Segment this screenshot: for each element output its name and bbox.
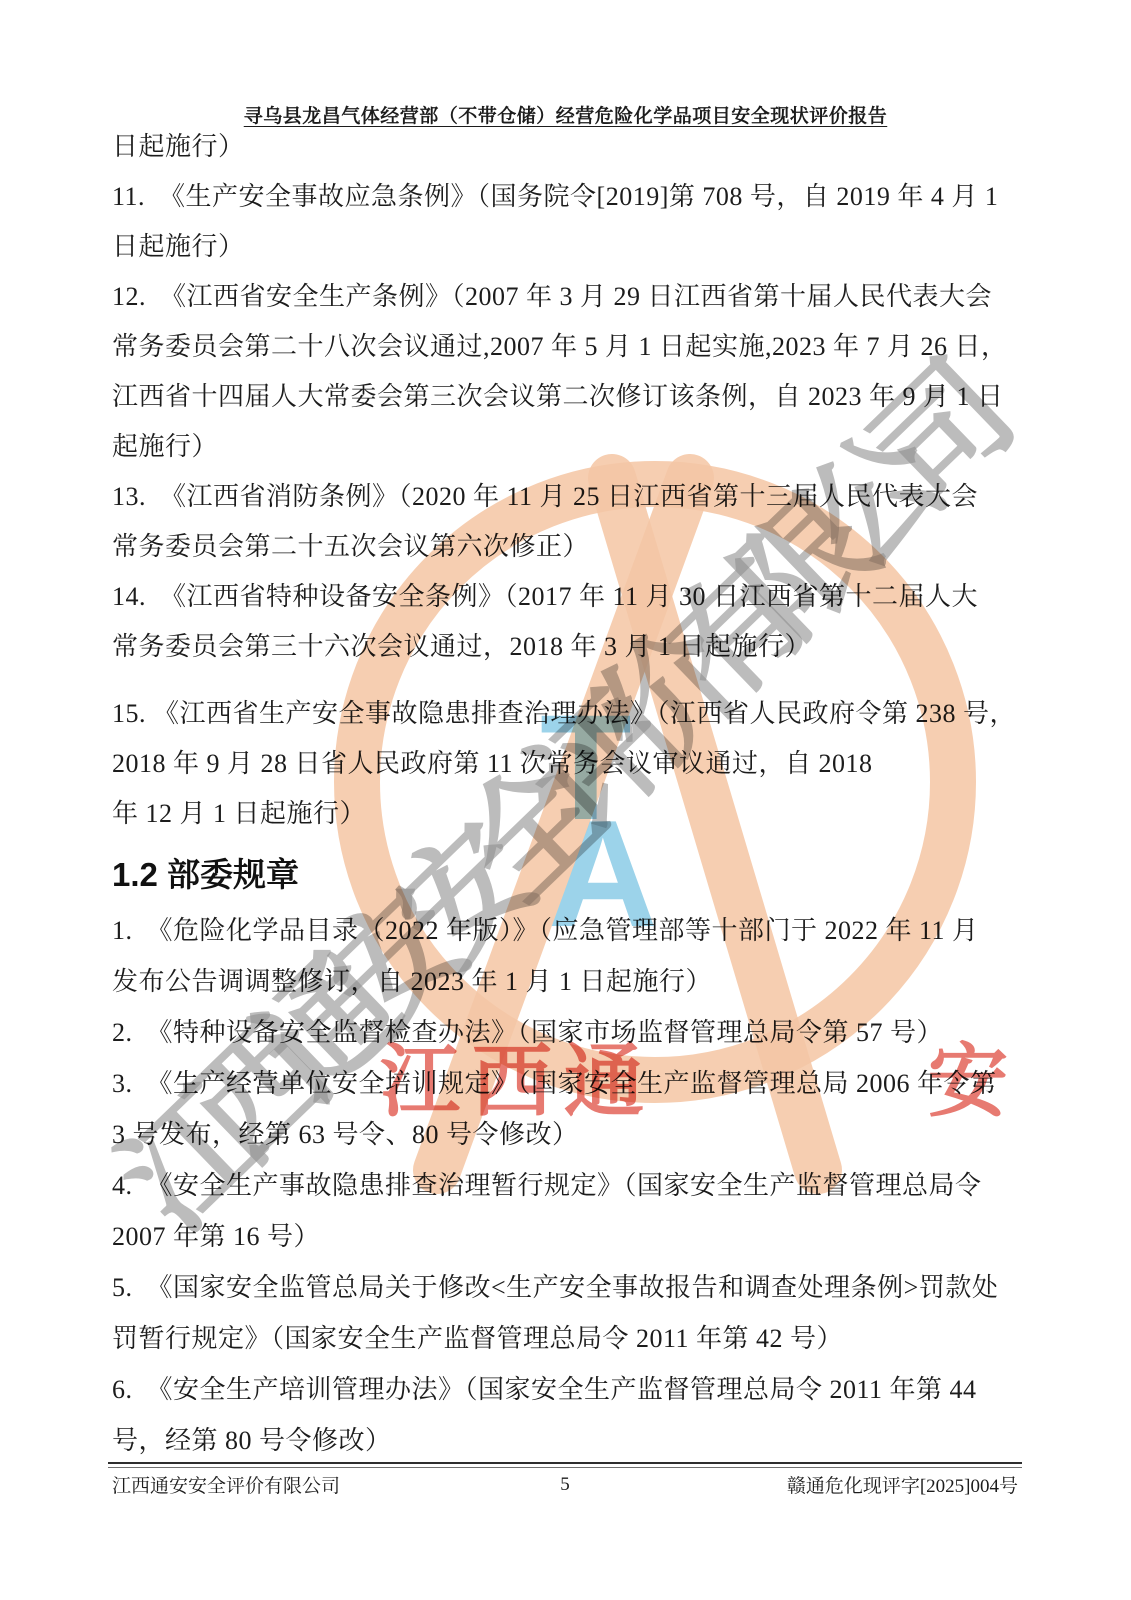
body-line: 3. 《生产经营单位安全培训规定》（国家安全生产监督管理总局 2006 年令第 [112, 1058, 1020, 1109]
body-line: 日起施行） [112, 222, 1020, 272]
body-line: 常务委员会第二十五次会议第六次修正） [112, 522, 1020, 572]
footer-document-number: 赣通危化现评字[2025]004号 [595, 1471, 1018, 1498]
regulations-part2: 1. 《危险化学品目录（2022 年版）》（应急管理部等十部门于 2022 年 … [112, 905, 1020, 1466]
body-line: 5. 《国家安全监管总局关于修改<生产安全事故报告和调查处理条例>罚款处 [112, 1262, 1020, 1313]
body-line: 2007 年第 16 号） [112, 1211, 1020, 1262]
body-line: 起施行） [112, 422, 1020, 472]
body-line: 年 12 月 1 日起施行） [112, 789, 1020, 839]
body-line: 常务委员会第二十八次会议通过,2007 年 5 月 1 日起实施,2023 年 … [112, 322, 1020, 372]
body-line: 常务委员会第三十六次会议通过，2018 年 3 月 1 日起施行） [112, 622, 1020, 672]
body-line: 6. 《安全生产培训管理办法》（国家安全生产监督管理总局令 2011 年第 44 [112, 1364, 1020, 1415]
body-line: 号，经第 80 号令修改） [112, 1415, 1020, 1466]
body-line: 1. 《危险化学品目录（2022 年版）》（应急管理部等十部门于 2022 年 … [112, 905, 1020, 956]
body-line: 12. 《江西省安全生产条例》（2007 年 3 月 29 日江西省第十届人民代… [112, 272, 1020, 322]
report-page: 寻乌县龙昌气体经营部（不带仓储）经营危险化学品项目安全现状评价报告 日起施行） … [0, 0, 1131, 1600]
footer-page-number: 5 [535, 1474, 595, 1496]
body-line: 发布公告调调整修订，自 2023 年 1 月 1 日起施行） [112, 956, 1020, 1007]
body-line: 2018 年 9 月 28 日省人民政府第 11 次常务会议审议通过，自 201… [112, 739, 1020, 789]
body-line: 3 号发布，经第 63 号令、80 号令修改） [112, 1109, 1020, 1160]
body-line: 2. 《特种设备安全监督检查办法》（国家市场监督管理总局令第 57 号） [112, 1007, 1020, 1058]
body-line: 罚暂行规定》（国家安全生产监督管理总局令 2011 年第 42 号） [112, 1313, 1020, 1364]
page-footer: 江西通安安全评价有限公司 5 赣通危化现评字[2025]004号 [112, 1471, 1018, 1498]
body-line: 14. 《江西省特种设备安全条例》（2017 年 11 月 30 日江西省第十二… [112, 572, 1020, 622]
body-line: 15. 《江西省生产安全事故隐患排查治理办法》（江西省人民政府令第 238 号， [112, 689, 1020, 739]
footer-separator-line [108, 1462, 1022, 1468]
body-line: 4. 《安全生产事故隐患排查治理暂行规定》（国家安全生产监督管理总局令 [112, 1160, 1020, 1211]
regulations-part1: 日起施行） 11. 《生产安全事故应急条例》（国务院令[2019]第 708 号… [112, 122, 1020, 839]
body-line: 日起施行） [112, 122, 1020, 172]
body-line: 13. 《江西省消防条例》（2020 年 11 月 25 日江西省第十三届人民代… [112, 472, 1020, 522]
body-line: 11. 《生产安全事故应急条例》（国务院令[2019]第 708 号，自 201… [112, 172, 1020, 222]
footer-company-name: 江西通安安全评价有限公司 [112, 1471, 535, 1498]
body-line: 江西省十四届人大常委会第三次会议第二次修订该条例，自 2023 年 9 月 1 … [112, 372, 1020, 422]
section-heading-1-2: 1.2 部委规章 [112, 853, 299, 897]
